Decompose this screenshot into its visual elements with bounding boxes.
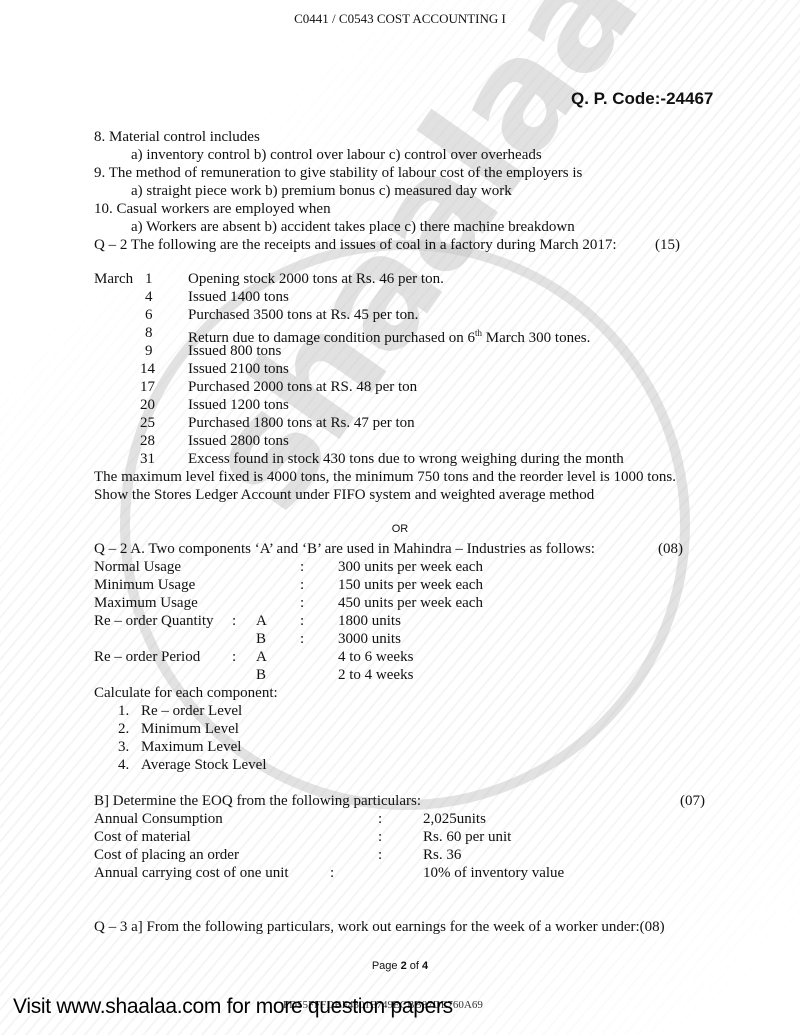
usage-value: 300 units per week each xyxy=(338,558,483,576)
transaction-text-part: March 300 tones. xyxy=(482,330,590,346)
page-number: Page 2 of 4 xyxy=(0,957,800,975)
q2b-marks: (07) xyxy=(680,792,705,810)
usage-value: 450 units per week each xyxy=(338,594,483,612)
q2-instruction: Show the Stores Ledger Account under FIF… xyxy=(94,486,594,504)
mcq-10-options: a) Workers are absent b) accident takes … xyxy=(131,218,575,236)
page-total: 4 xyxy=(422,960,428,972)
reorder-qty-b-sep: : xyxy=(300,630,304,648)
reorder-period-label: Re – order Period xyxy=(94,648,200,666)
particular-label: Annual carrying cost of one unit xyxy=(94,864,289,882)
reorder-period-sep: : xyxy=(232,648,236,666)
calc-item-number: 1. xyxy=(118,702,129,720)
reorder-qty-label: Re – order Quantity xyxy=(94,612,214,630)
page-prefix: Page xyxy=(372,960,401,972)
transaction-text: Opening stock 2000 tons at Rs. 46 per to… xyxy=(188,270,444,288)
transaction-text: Issued 2800 tons xyxy=(188,432,289,450)
transaction-day: 25 xyxy=(140,414,155,432)
calc-item-number: 4. xyxy=(118,756,129,774)
transaction-day: 4 xyxy=(145,288,153,306)
particular-value: 2,025units xyxy=(423,810,486,828)
usage-value: 150 units per week each xyxy=(338,576,483,594)
calc-item-text: Re – order Level xyxy=(141,702,242,720)
particular-sep: : xyxy=(378,810,382,828)
transaction-day: 28 xyxy=(140,432,155,450)
calc-label: Calculate for each component: xyxy=(94,684,278,702)
usage-label: Maximum Usage xyxy=(94,594,198,612)
particular-sep: : xyxy=(378,828,382,846)
transaction-day: 20 xyxy=(140,396,155,414)
calc-item-text: Average Stock Level xyxy=(141,756,267,774)
reorder-period-a-label: A xyxy=(256,648,267,666)
reorder-qty-a-label: A xyxy=(256,612,267,630)
reorder-qty-sep: : xyxy=(232,612,236,630)
particular-label: Annual Consumption xyxy=(94,810,223,828)
visit-website-link[interactable]: Visit www.shaalaa.com for more question … xyxy=(13,998,453,1016)
transaction-day: 9 xyxy=(145,342,153,360)
transaction-text: Issued 2100 tons xyxy=(188,360,289,378)
transaction-text: Purchased 3500 tons at Rs. 45 per ton. xyxy=(188,306,418,324)
usage-sep: : xyxy=(300,594,304,612)
particular-value: Rs. 60 per unit xyxy=(423,828,511,846)
transaction-text: Purchased 1800 tons at Rs. 47 per ton xyxy=(188,414,415,432)
ordinal-suffix: th xyxy=(475,328,482,338)
calc-item-number: 3. xyxy=(118,738,129,756)
course-header: C0441 / C0543 COST ACCOUNTING I xyxy=(0,10,800,28)
calc-item-text: Minimum Level xyxy=(141,720,239,738)
reorder-period-a-value: 4 to 6 weeks xyxy=(338,648,413,666)
q2-levels: The maximum level fixed is 4000 tons, th… xyxy=(94,468,676,486)
particular-label: Cost of placing an order xyxy=(94,846,239,864)
mcq-9-options: a) straight piece work b) premium bonus … xyxy=(131,182,512,200)
transaction-day: 1 xyxy=(145,270,153,288)
reorder-period-b-label: B xyxy=(256,666,266,684)
q2a-marks: (08) xyxy=(658,540,683,558)
particular-label: Cost of material xyxy=(94,828,191,846)
transaction-text: Issued 1400 tons xyxy=(188,288,289,306)
transaction-text: Excess found in stock 430 tons due to wr… xyxy=(188,450,624,468)
reorder-period-b-value: 2 to 4 weeks xyxy=(338,666,413,684)
q2-marks: (15) xyxy=(655,236,680,254)
reorder-qty-a-value: 1800 units xyxy=(338,612,401,630)
usage-sep: : xyxy=(300,558,304,576)
particular-sep: : xyxy=(378,846,382,864)
transaction-text: Issued 800 tons xyxy=(188,342,281,360)
q2-month: March xyxy=(94,270,133,288)
mcq-10-question: 10. Casual workers are employed when xyxy=(94,200,331,218)
mcq-9-question: 9. The method of remuneration to give st… xyxy=(94,164,582,182)
transaction-day: 8 xyxy=(145,324,153,342)
particular-value: 10% of inventory value xyxy=(423,864,564,882)
q2a-text: Q – 2 A. Two components ‘A’ and ‘B’ are … xyxy=(94,540,595,558)
reorder-qty-b-value: 3000 units xyxy=(338,630,401,648)
transaction-day: 17 xyxy=(140,378,155,396)
transaction-day: 14 xyxy=(140,360,155,378)
transaction-text: Purchased 2000 tons at RS. 48 per ton xyxy=(188,378,417,396)
particular-sep: : xyxy=(330,864,334,882)
or-separator: OR xyxy=(0,520,800,538)
calc-item-text: Maximum Level xyxy=(141,738,241,756)
calc-item-number: 2. xyxy=(118,720,129,738)
usage-label: Normal Usage xyxy=(94,558,181,576)
reorder-qty-a-sep: : xyxy=(300,612,304,630)
transaction-day: 31 xyxy=(140,450,155,468)
mcq-8-options: a) inventory control b) control over lab… xyxy=(131,146,542,164)
q2b-text: B] Determine the EOQ from the following … xyxy=(94,792,421,810)
mcq-8-question: 8. Material control includes xyxy=(94,128,260,146)
usage-sep: : xyxy=(300,576,304,594)
particular-value: Rs. 36 xyxy=(423,846,461,864)
usage-label: Minimum Usage xyxy=(94,576,195,594)
transaction-day: 6 xyxy=(145,306,153,324)
q3-text: Q – 3 a] From the following particulars,… xyxy=(94,918,665,936)
reorder-qty-b-label: B xyxy=(256,630,266,648)
transaction-text: Issued 1200 tons xyxy=(188,396,289,414)
qp-code: Q. P. Code:-24467 xyxy=(571,90,713,108)
page-mid: of xyxy=(407,960,422,972)
q2-text: Q – 2 The following are the receipts and… xyxy=(94,236,617,254)
